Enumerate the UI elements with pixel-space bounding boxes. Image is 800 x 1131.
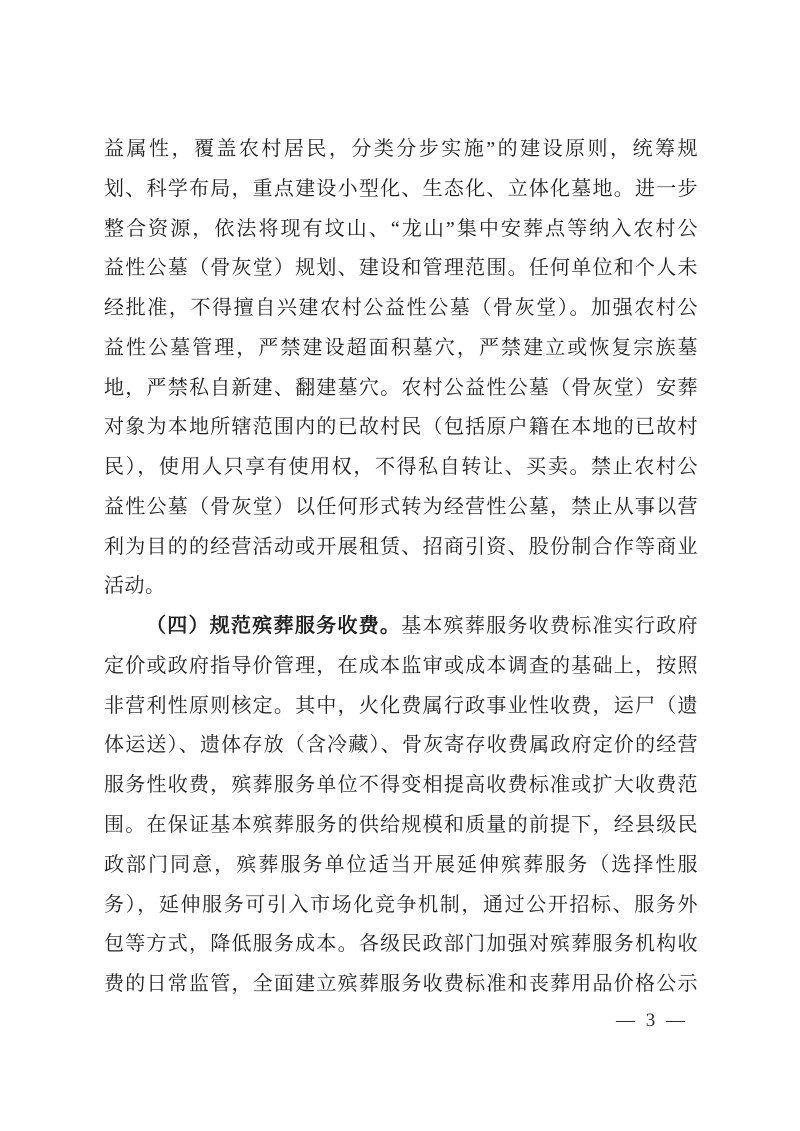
text-line: （四）规范殡葬服务收费。基本殡葬服务收费标准实行政府 [104,607,698,647]
text-line: 体运送）、遗体存放（含冷藏）、骨灰寄存收费属政府定价的经营 [104,726,698,766]
text-line: 定价或政府指导价管理，在成本监审或成本调查的基础上，按照 [104,647,698,687]
text-line: 活动。 [104,567,698,607]
text-line: 益性公墓（骨灰堂）以任何形式转为经营性公墓，禁止从事以营 [104,488,698,528]
text-line: 益属性，覆盖农村居民，分类分步实施”的建设原则，统筹规 [104,130,698,170]
text-line: 民），使用人只享有使用权，不得私自转让、买卖。禁止农村公 [104,448,698,488]
text-line: 费的日常监管，全面建立殡葬服务收费标准和丧葬用品价格公示 [104,965,698,1005]
text-line: 经批准，不得擅自兴建农村公益性公墓（骨灰堂）。加强农村公 [104,289,698,329]
text-line: 非营利性原则核定。其中，火化费属行政事业性收费，运尸（遗 [104,687,698,727]
text-line: 包等方式，降低服务成本。各级民政部门加强对殡葬服务机构收 [104,925,698,965]
text-run: 基本殡葬服务收费标准实行政府 [401,615,698,637]
text-line: 益性公墓（骨灰堂）规划、建设和管理范围。任何单位和个人未 [104,249,698,289]
text-line: 利为目的的经营活动或开展租赁、招商引资、股份制合作等商业 [104,528,698,568]
text-line: 政部门同意，殡葬服务单位适当开展延伸殡葬服务（选择性服 [104,846,698,886]
text-line: 划、科学布局，重点建设小型化、生态化、立体化墓地。进一步 [104,170,698,210]
text-line: 对象为本地所辖范围内的已故村民（包括原户籍在本地的已故村 [104,408,698,448]
text-column: 益属性，覆盖农村居民，分类分步实施”的建设原则，统筹规 划、科学布局，重点建设小… [104,130,698,1005]
text-line: 益性公墓管理，严禁建设超面积墓穴，严禁建立或恢复宗族墓 [104,329,698,369]
section-heading: （四）规范殡葬服务收费。 [146,615,401,637]
text-line: 务），延伸服务可引入市场化竞争机制，通过公开招标、服务外 [104,886,698,926]
text-line: 围。在保证基本殡葬服务的供给规模和质量的前提下，经县级民 [104,806,698,846]
text-line: 地，严禁私自新建、翻建墓穴。农村公益性公墓（骨灰堂）安葬 [104,369,698,409]
document-page: 益属性，覆盖农村居民，分类分步实施”的建设原则，统筹规 划、科学布局，重点建设小… [0,0,800,1131]
text-line: 整合资源，依法将现有坟山、“龙山”集中安葬点等纳入农村公 [104,210,698,250]
text-line: 服务性收费，殡葬服务单位不得变相提高收费标准或扩大收费范 [104,766,698,806]
page-number: — 3 — [616,1006,688,1036]
